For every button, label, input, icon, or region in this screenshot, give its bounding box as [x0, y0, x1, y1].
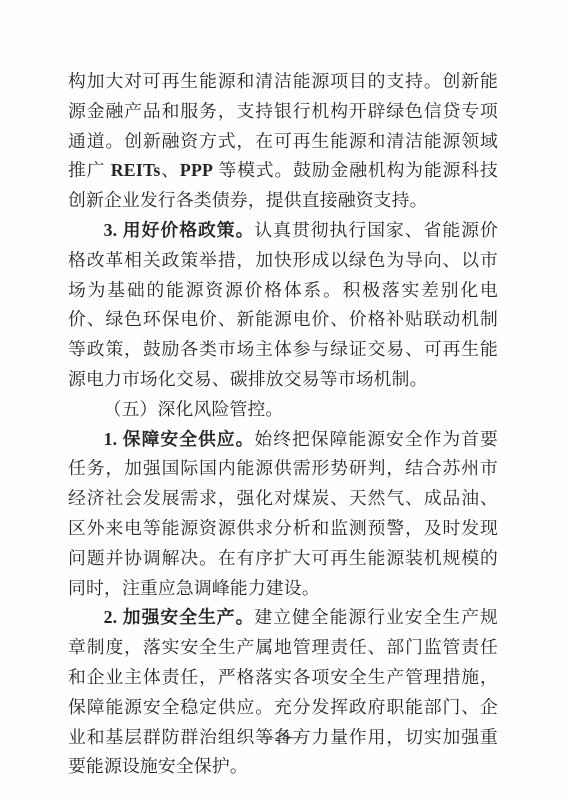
numbered-paragraph-3-price-policy: 3. 用好价格政策。认真贯彻执行国家、省能源价格改革相关政策举措，加快形成以绿色…	[68, 216, 498, 395]
page-body-text: 构加大对可再生能源和清洁能源项目的支持。创新能源金融产品和服务，支持银行机构开辟…	[68, 67, 498, 782]
page-footer: —28—	[0, 728, 565, 746]
body-text-run: 认真贯彻执行国家、省能源价格改革相关政策举措，加快形成以绿色为导向、以市场为基础…	[68, 220, 498, 389]
body-text-run: 、	[161, 160, 180, 180]
numbered-paragraph-2-production-safety: 2. 加强安全生产。建立健全能源行业安全生产规章制度，落实安全生产属地管理责任、…	[68, 603, 498, 782]
numbered-paragraph-lead: 3. 用好价格政策。	[104, 220, 255, 240]
term-ppp: PPP	[180, 160, 213, 180]
numbered-paragraph-lead: 1. 保障安全供应。	[104, 429, 255, 449]
body-text-run: 始终把保障能源安全作为首要任务，加强国际国内能源供需形势研判，结合苏州市经济社会…	[68, 429, 498, 598]
paragraph-continuation: 构加大对可再生能源和清洁能源项目的支持。创新能源金融产品和服务，支持银行机构开辟…	[68, 67, 498, 216]
numbered-paragraph-1-supply-security: 1. 保障安全供应。始终把保障能源安全作为首要任务，加强国际国内能源供需形势研判…	[68, 425, 498, 604]
body-text-run: 建立健全能源行业安全生产规章制度，落实安全生产属地管理责任、部门监管责任和企业主…	[68, 607, 498, 776]
page-number: —28—	[260, 729, 305, 744]
subsection-heading-text: （五）深化风险管控。	[104, 399, 284, 419]
numbered-paragraph-lead: 2. 加强安全生产。	[104, 607, 255, 627]
document-page: 构加大对可再生能源和清洁能源项目的支持。创新能源金融产品和服务，支持银行机构开辟…	[0, 0, 565, 800]
subsection-heading-5-risk-control: （五）深化风险管控。	[68, 395, 498, 425]
term-reits: REITs	[111, 160, 161, 180]
